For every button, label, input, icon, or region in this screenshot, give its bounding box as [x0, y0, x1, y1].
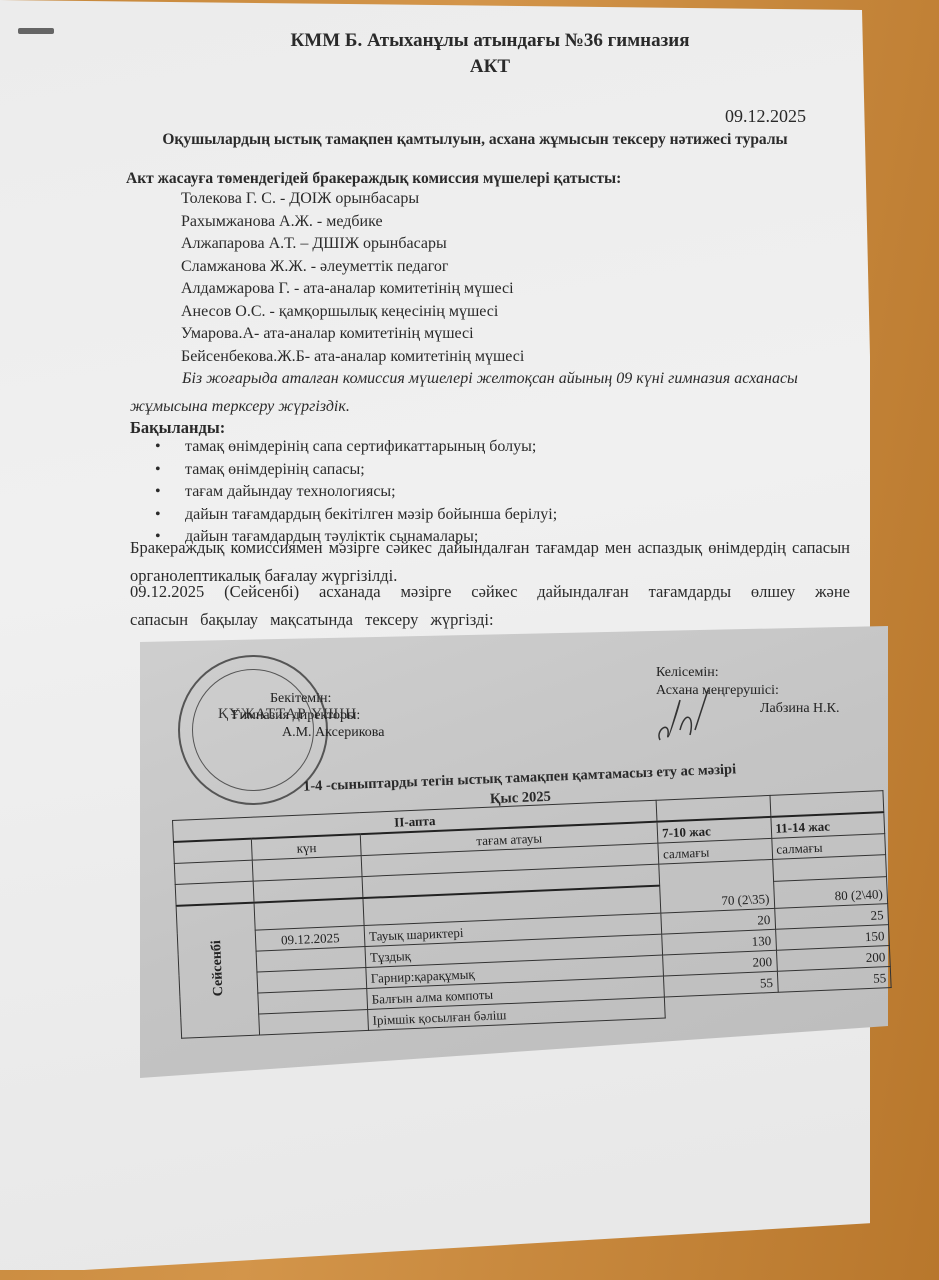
- member-item: Рахымжанова А.Ж. - медбике: [181, 211, 524, 234]
- approval-block: Бекітемін: Гимназия директоры: А.М. Аксе…: [232, 690, 384, 741]
- member-item: Толекова Г. С. - ДОІЖ орынбасары: [181, 188, 524, 211]
- member-item: Умарова.А- ата-аналар комитетінің мүшесі: [181, 323, 524, 346]
- observed-list: •тамақ өнімдерінің сапа сертификаттарыны…: [155, 436, 557, 549]
- commission-statement: Біз жоғарыда аталған комиссия мүшелері ж…: [130, 365, 830, 421]
- observed-item: •дайын тағамдардың бекітілген мәзір бойы…: [155, 504, 557, 527]
- approve-role: Гимназия директоры:: [232, 707, 384, 724]
- member-item: Алдамжарова Г. - ата-аналар комитетінің …: [181, 278, 524, 301]
- approve-label: Бекітемін:: [232, 690, 384, 707]
- document-date: 09.12.2025: [700, 106, 806, 127]
- observed-heading: Бақыланды:: [130, 418, 225, 438]
- organization-name: КММ Б. Атыханұлы атындағы №36 гимназия: [160, 28, 820, 54]
- member-item: Анесов О.С. - қамқоршылық кеңесінің мүше…: [181, 301, 524, 324]
- document-header: КММ Б. Атыханұлы атындағы №36 гимназия А…: [160, 28, 820, 80]
- bullet-icon: •: [155, 504, 185, 526]
- observed-item: •тамақ өнімдерінің сапа сертификаттарыны…: [155, 436, 557, 459]
- menu-table: ІІ-апта күн тағам атауы 7-10 жас 11-14 ж…: [172, 790, 893, 1039]
- observed-item: •тағам дайындау технологиясы;: [155, 481, 557, 504]
- observed-item: •тамақ өнімдерінің сапасы;: [155, 459, 557, 482]
- document: КММ Б. Атыханұлы атындағы №36 гимназия А…: [0, 0, 939, 1280]
- signature-icon: [650, 690, 710, 750]
- bullet-icon: •: [155, 459, 185, 481]
- day-name: Сейсенбі: [209, 940, 227, 997]
- member-item: Сламжанова Ж.Ж. - әлеуметтік педагог: [181, 256, 524, 279]
- approve-name: А.М. Аксерикова: [232, 724, 384, 741]
- agree-label: Келісемін:: [656, 664, 840, 682]
- document-type: АКТ: [160, 54, 820, 80]
- day-cell: Сейсенбі: [176, 903, 260, 1039]
- bullet-icon: •: [155, 436, 185, 458]
- member-item: Алжапарова А.Т. – ДШІЖ орынбасары: [181, 233, 524, 256]
- paragraph-inspection: 09.12.2025 (Сейсенбі) асханада мәзірге с…: [130, 578, 850, 634]
- commission-intro: Акт жасауға төмендегідей бракераждық ком…: [126, 170, 621, 188]
- bullet-icon: •: [155, 481, 185, 503]
- commission-members: Толекова Г. С. - ДОІЖ орынбасары Рахымжа…: [181, 188, 524, 368]
- document-subject: Оқушылардың ыстық тамақпен қамтылуын, ас…: [130, 130, 820, 149]
